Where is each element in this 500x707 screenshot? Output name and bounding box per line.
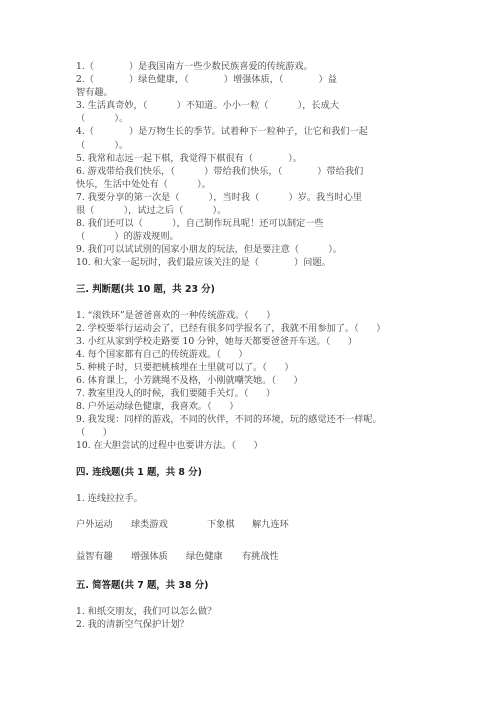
question-line: 6. 体育课上，小芳跳绳不及格，小刚就嘲笑她。（ ） <box>76 374 426 387</box>
question-line: 3. 生活真奇妙，（ ）不知道。小小一粒（ ），长成大 <box>76 99 426 112</box>
matching-question: 1. 连线拉拉手。 <box>76 492 426 505</box>
question-line: 快乐，生活中处处有（ ）。 <box>76 178 426 191</box>
section-title-judgment: 三. 判断题(共 10 题，共 23 分) <box>76 283 426 296</box>
match-item-bottom: 增强体质 <box>131 550 168 563</box>
question-line: （ ）。 <box>76 112 426 125</box>
match-item-bottom: 有挑战性 <box>242 550 279 563</box>
question-line: 5. 种桃子时，只要把桃核埋在土里就可以了。（ ） <box>76 361 426 374</box>
matching-top-row: 户外运动 球类游戏 下象棋 解九连环 <box>76 518 426 531</box>
question-line: 10. 和大家一起玩时，我们最应该关注的是（ ）问题。 <box>76 256 426 269</box>
match-item-top: 下象棋 <box>207 518 235 531</box>
question-line: 4.（ ）是万物生长的季节。试着种下一粒种子，让它和我们一起 <box>76 125 426 138</box>
question-line: （ ）。 <box>76 139 426 152</box>
question-line: 2.（ ）绿色健康，（ ）增强体质，（ ）益 <box>76 73 426 86</box>
match-item-top: 球类游戏 <box>131 518 168 531</box>
question-line: 5. 我常和志远一起下棋，我觉得下棋很有（ ）。 <box>76 152 426 165</box>
match-item-top: 解九连环 <box>252 518 289 531</box>
question-line: 4. 每个国家都有自己的传统游戏。（ ） <box>76 348 426 361</box>
match-item-bottom: 益智有趣 <box>76 550 113 563</box>
document-page: 1.（ ）是我国南方一些少数民族喜爱的传统游戏。 2.（ ）绿色健康，（ ）增强… <box>0 0 500 707</box>
question-line: 10. 在大胆尝试的过程中也要讲方法。（ ） <box>76 439 426 452</box>
question-line: 9. 我们可以试试别的国家小朋友的玩法，但是要注意（ ）。 <box>76 243 426 256</box>
question-line: 7. 我要分享的第一次是（ ），当时我（ ）岁。我当时心里 <box>76 191 426 204</box>
page-content: 1.（ ）是我国南方一些少数民族喜爱的传统游戏。 2.（ ）绿色健康，（ ）增强… <box>76 60 426 631</box>
question-line: 8. 我们还可以（ ），自己制作玩具呢！还可以制定一些 <box>76 217 426 230</box>
matching-bottom-row: 益智有趣 增强体质 绿色健康 有挑战性 <box>76 550 426 563</box>
question-line: 2. 我的清新空气保护计划？ <box>76 618 426 631</box>
question-line: 6. 游戏带给我们快乐，（ ）带给我们快乐，（ ）带给我们 <box>76 165 426 178</box>
question-line: 7. 教室里没人的时候，我们要随手关灯。（ ） <box>76 387 426 400</box>
question-line: 智有趣。 <box>76 86 426 99</box>
match-item-top: 户外运动 <box>76 518 113 531</box>
question-line: 2. 学校要举行运动会了，已经有很多同学报名了，我就不用参加了。（ ） <box>76 322 426 335</box>
question-line: （ ） <box>76 426 426 439</box>
question-line: 1. 和纸交朋友，我们可以怎么做？ <box>76 605 426 618</box>
short-answer-questions: 1. 和纸交朋友，我们可以怎么做？ 2. 我的清新空气保护计划？ <box>76 605 426 631</box>
section-title-short-answer: 五. 简答题(共 7 题，共 38 分) <box>76 579 426 592</box>
fill-blank-questions: 1.（ ）是我国南方一些少数民族喜爱的传统游戏。 2.（ ）绿色健康，（ ）增强… <box>76 60 426 270</box>
match-item-bottom: 绿色健康 <box>186 550 223 563</box>
question-line: 很（ ），试过之后（ ）。 <box>76 204 426 217</box>
judgment-questions: 1. “滚铁环”是爸爸喜欢的一种传统游戏。（ ） 2. 学校要举行运动会了，已经… <box>76 309 426 453</box>
question-line: 9. 我发现：同样的游戏，不同的伙伴，不同的环境，玩的感觉还不一样呢。 <box>76 413 426 426</box>
question-line: 1. “滚铁环”是爸爸喜欢的一种传统游戏。（ ） <box>76 309 426 322</box>
question-line: （ ）的游戏规则。 <box>76 230 426 243</box>
question-line: 1.（ ）是我国南方一些少数民族喜爱的传统游戏。 <box>76 60 426 73</box>
section-title-matching: 四. 连线题(共 1 题，共 8 分) <box>76 466 426 479</box>
question-line: 3. 小红从家到学校走路要 10 分钟，她每天都要爸爸开车送。（ ） <box>76 335 426 348</box>
question-line: 8. 户外运动绿色健康，我喜欢。（ ） <box>76 400 426 413</box>
